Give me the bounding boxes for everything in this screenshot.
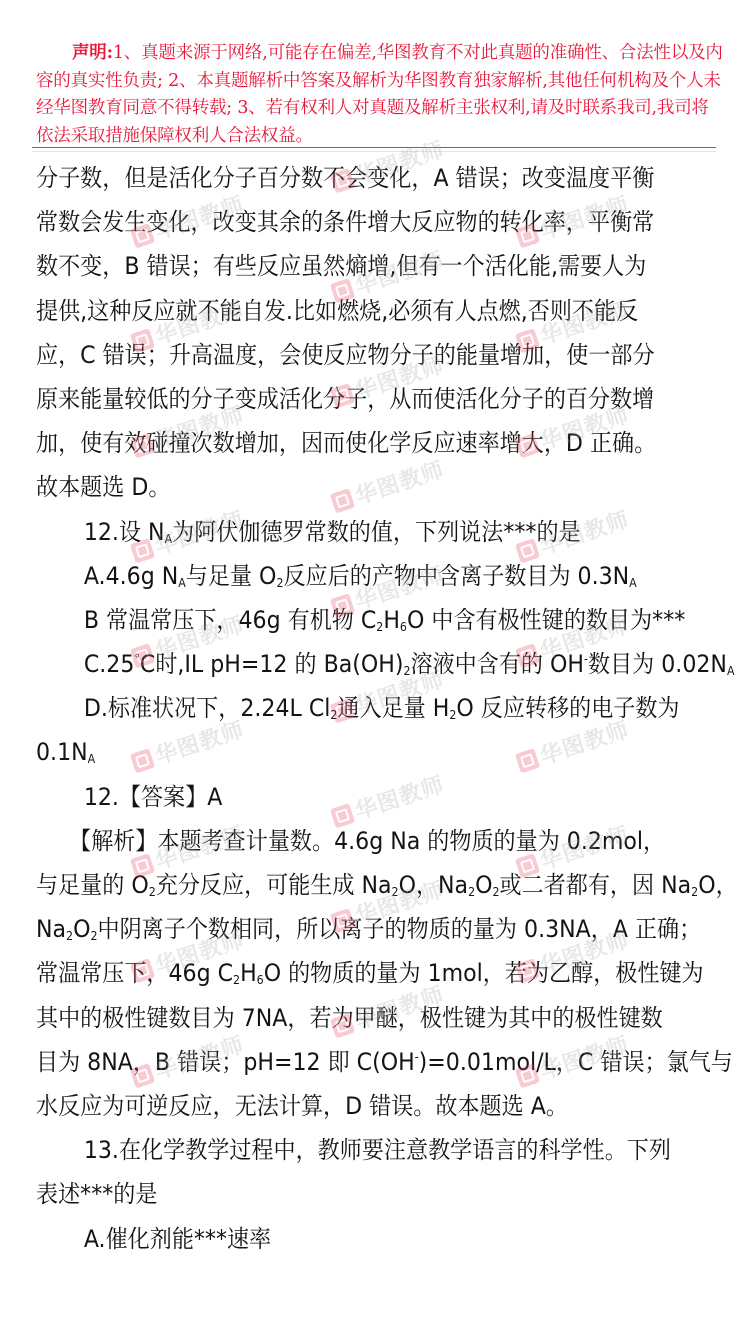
disclaimer-notice: 声明:1、真题来源于网络,可能存在偏差,华图教育不对此真题的准确性、合法性以及内… <box>36 40 712 150</box>
question-12-stem: 12.设 NA为阿伏伽德罗常数的值，下列说法***的是 <box>36 510 717 554</box>
header-divider-shadow <box>32 151 716 152</box>
question-12-analysis-line: 常温常压下，46g C2H6O 的物质的量为 1mol，若为乙醇，极性键为 <box>36 951 717 995</box>
question-12-analysis-line: 目为 8NA，B 错误；pH=12 即 C(OH-)=0.01mol/L，C 错… <box>36 1040 717 1084</box>
question-12-analysis-line: Na2O2中阴离子个数相同，所以离子的物质的量为 0.3NA，A 正确； <box>36 907 717 951</box>
disclaimer-line: 容的真实性负责; 2、本真题解析中答案及解析为华图教育独家解析,其他任何机构及个… <box>36 68 712 96</box>
question-12-analysis-line: 水反应为可逆反应，无法计算，D 错误。故本题选 A。 <box>36 1084 717 1128</box>
disclaimer-line: 经华图教育同意不得转载; 3、若有权利人对真题及解析主张权利,请及时联系我司,我… <box>36 95 712 123</box>
text-line: 加，使有效碰撞次数增加，因而使化学反应速率增大，D 正确。 <box>36 421 717 465</box>
question-12-answer: 12.【答案】A <box>36 775 717 819</box>
document-page: 声明:1、真题来源于网络,可能存在偏差,华图教育不对此真题的准确性、合法性以及内… <box>0 0 748 1335</box>
text-line: 故本题选 D。 <box>36 465 717 509</box>
text-line: 数不变，B 错误；有些反应虽然熵增,但有一个活化能,需要人为 <box>36 244 717 288</box>
question-13-stem: 13.在化学教学过程中，教师要注意教学语言的科学性。下列 <box>36 1128 717 1172</box>
text-line: 分子数，但是活化分子百分数不会变化，A 错误；改变温度平衡 <box>36 156 717 200</box>
text-line: 常数会发生变化，改变其余的条件增大反应物的转化率，平衡常 <box>36 200 717 244</box>
question-12-option-c: C.25°C时,IL pH=12 的 Ba(OH)2溶液中含有的 OH-数目为 … <box>36 642 717 686</box>
disclaimer-line: 声明:1、真题来源于网络,可能存在偏差,华图教育不对此真题的准确性、合法性以及内 <box>36 40 712 68</box>
question-12-option-b: B 常温常压下，46g 有机物 C2H6O 中含有极性键的数目为*** <box>36 598 717 642</box>
disclaimer-label: 声明: <box>72 43 113 63</box>
question-12-option-d-continued: 0.1NA <box>36 730 717 774</box>
document-body: 分子数，但是活化分子百分数不会变化，A 错误；改变温度平衡 常数会发生变化，改变… <box>36 156 717 1261</box>
text-line: 应，C 错误；升高温度，会使反应物分子的能量增加，使一部分 <box>36 333 717 377</box>
text-line: 提供,这种反应就不能自发.比如燃烧,必须有人点燃,否则不能反 <box>36 289 717 333</box>
header-divider <box>32 147 716 148</box>
question-12-analysis-line: 与足量的 O2充分反应，可能生成 Na2O，Na2O2或二者都有，因 Na2O， <box>36 863 717 907</box>
question-12-analysis-line: 其中的极性键数目为 7NA，若为甲醚，极性键为其中的极性键数 <box>36 996 717 1040</box>
question-12-option-d: D.标准状况下，2.24L Cl2通入足量 H2O 反应转移的电子数为 <box>36 686 717 730</box>
question-12-analysis-line: 【解析】本题考查计量数。4.6g Na 的物质的量为 0.2mol， <box>36 819 717 863</box>
disclaimer-line: 依法采取措施保障权利人合法权益。 <box>36 123 712 151</box>
question-12-option-a: A.4.6g NA与足量 O2反应后的产物中含离子数目为 0.3NA <box>36 554 717 598</box>
question-13-stem-continued: 表述***的是 <box>36 1172 717 1216</box>
text-line: 原来能量较低的分子变成活化分子，从而使活化分子的百分数增 <box>36 377 717 421</box>
question-13-option-a: A.催化剂能***速率 <box>36 1217 717 1261</box>
